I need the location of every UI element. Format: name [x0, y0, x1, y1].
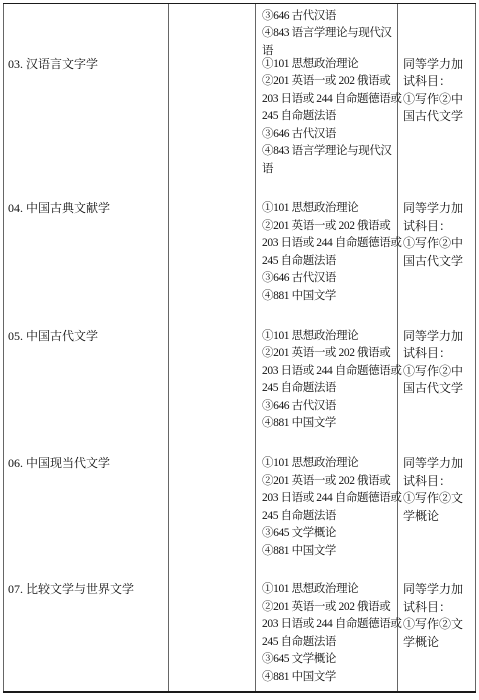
table-left-border [3, 4, 4, 691]
subjects-05: ①101 思想政治理论②201 英语一或 202 俄语或203 日语或 244 … [262, 328, 401, 433]
program-05: 05. 中国古代文学 [8, 328, 98, 346]
subjects-04: ①101 思想政治理论②201 英语一或 202 俄语或203 日语或 244 … [262, 200, 401, 305]
table-right-border [475, 4, 476, 691]
extra-test-subjects-04: 同等学力加试科目：①写作②中国古代文学 [403, 200, 463, 270]
extra-test-subjects-06: 同等学力加试科目：①写作②文学概论 [403, 455, 463, 525]
subjects-07: ①101 思想政治理论②201 英语一或 202 俄语或203 日语或 244 … [262, 581, 401, 686]
column-divider-1 [168, 4, 169, 691]
column-divider-2 [255, 4, 256, 691]
extra-test-subjects-07: 同等学力加试科目：①写作②文学概论 [403, 581, 463, 651]
extra-test-subjects-03: 同等学力加试科目：①写作②中国古代文学 [403, 56, 463, 126]
extra-test-subjects-05: 同等学力加试科目：①写作②中国古代文学 [403, 328, 463, 398]
admissions-subjects-table: ③646 古代汉语④843 语言学理论与现代汉语 03. 汉语言文字学 ①101… [3, 3, 476, 693]
subjects-previous-row-continued: ③646 古代汉语④843 语言学理论与现代汉语 [262, 8, 392, 61]
program-06: 06. 中国现当代文学 [8, 455, 110, 473]
program-07: 07. 比较文学与世界文学 [8, 581, 134, 599]
subjects-06: ①101 思想政治理论②201 英语一或 202 俄语或203 日语或 244 … [262, 455, 401, 560]
document-page: ③646 古代汉语④843 语言学理论与现代汉语 03. 汉语言文字学 ①101… [0, 0, 479, 700]
program-04: 04. 中国古典文献学 [8, 200, 110, 218]
program-03: 03. 汉语言文字学 [8, 56, 98, 74]
subjects-03: ①101 思想政治理论②201 英语一或 202 俄语或203 日语或 244 … [262, 56, 401, 179]
